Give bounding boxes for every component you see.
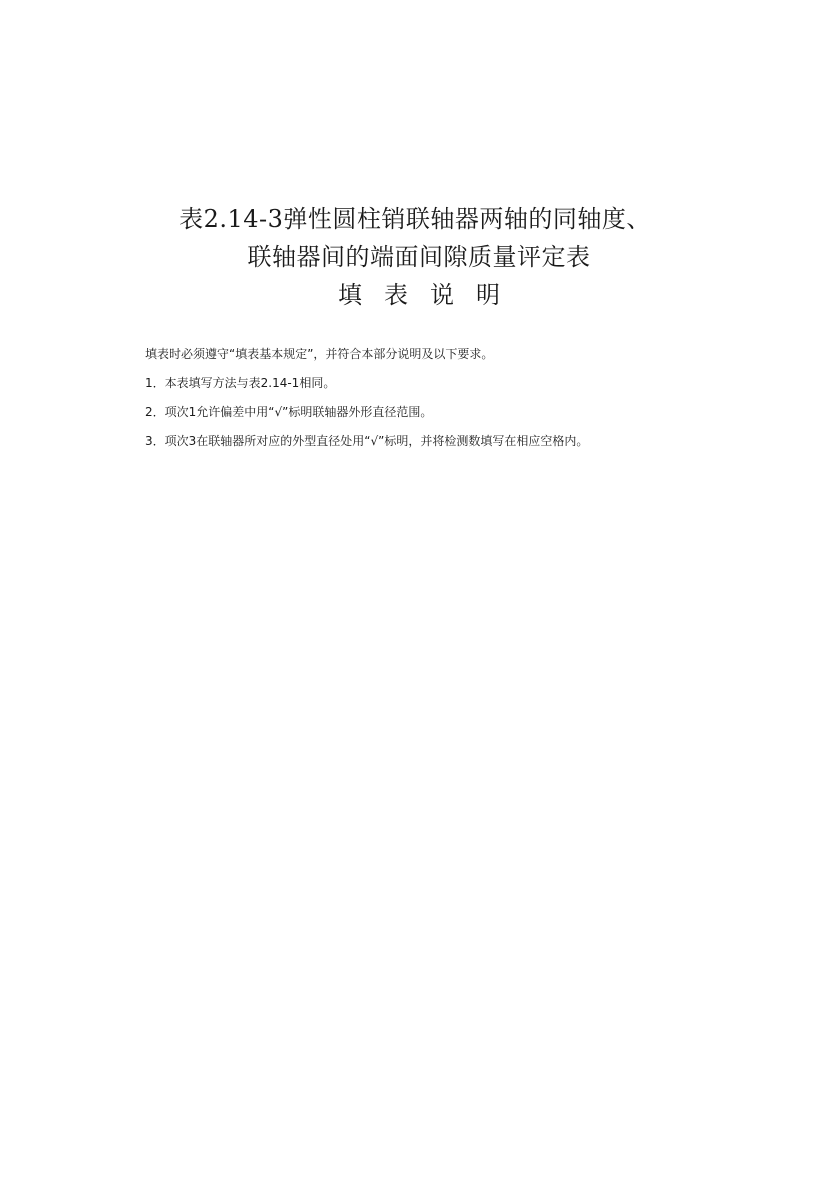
intro-paragraph: 填表时必须遵守“填表基本规定”，并符合本部分说明及以下要求。 bbox=[145, 346, 588, 375]
document-subtitle: 填表说明 bbox=[22, 276, 838, 314]
document-title-line-2: 联轴器间的端面间隙质量评定表 bbox=[0, 238, 838, 276]
instructions-body: 填表时必须遵守“填表基本规定”，并符合本部分说明及以下要求。 1．本表填写方法与… bbox=[145, 346, 588, 462]
instruction-item-2: 2．项次1允许偏差中用“√”标明联轴器外形直径范围。 bbox=[145, 404, 588, 433]
document-title-line-1: 表2.14-3弹性圆柱销联轴器两轴的同轴度、 bbox=[0, 200, 838, 238]
document-header: 表2.14-3弹性圆柱销联轴器两轴的同轴度、 联轴器间的端面间隙质量评定表 填表… bbox=[0, 200, 838, 314]
instruction-item-1: 1．本表填写方法与表2.14-1相同。 bbox=[145, 375, 588, 404]
instruction-item-3: 3．项次3在联轴器所对应的外型直径处用“√”标明，并将检测数填写在相应空格内。 bbox=[145, 433, 588, 462]
